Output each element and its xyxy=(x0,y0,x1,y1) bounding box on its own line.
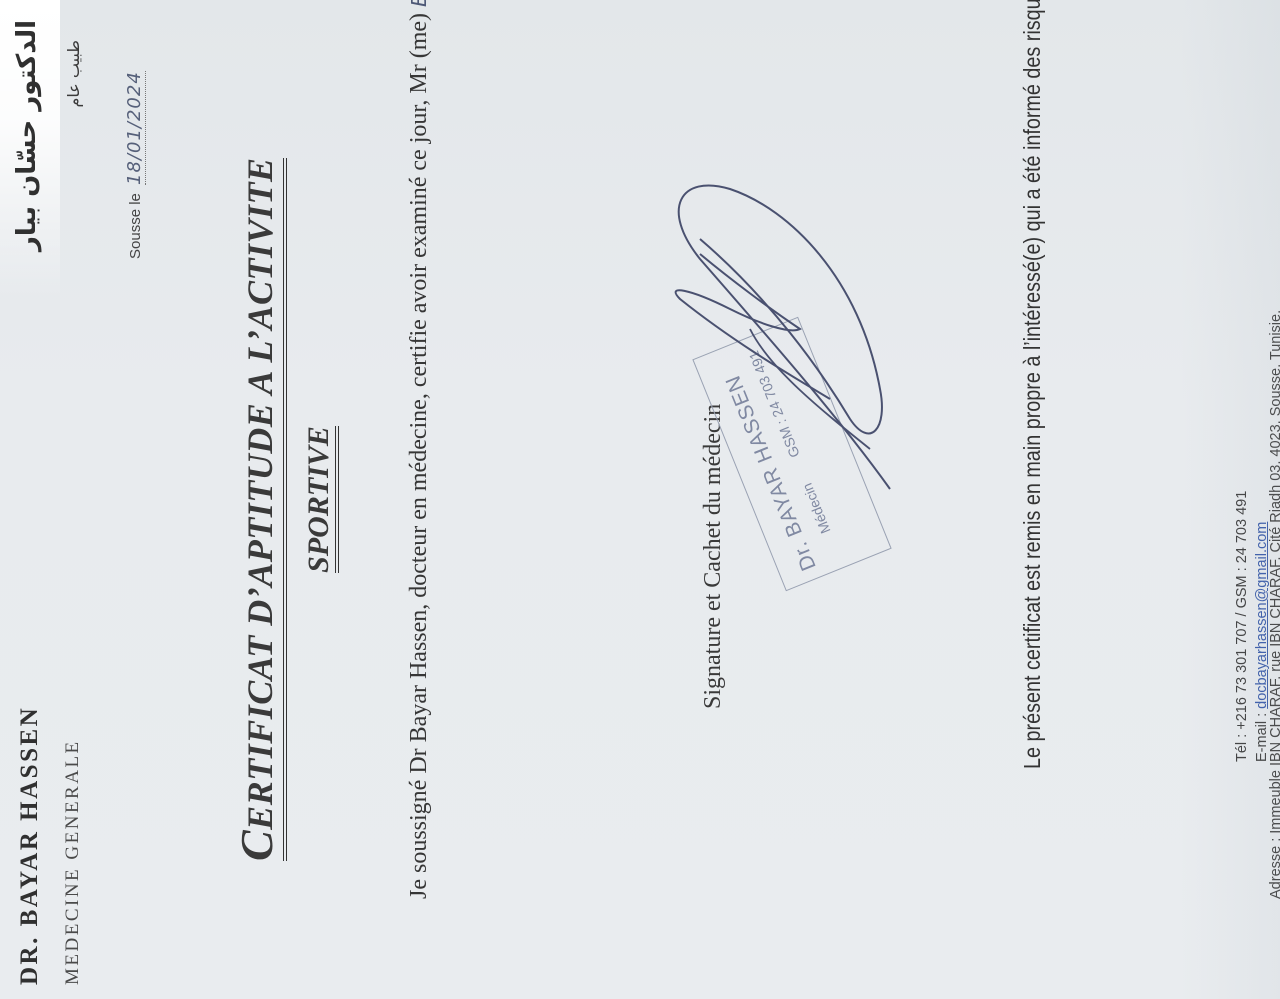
handwritten-signature xyxy=(640,169,900,509)
title-initial: C xyxy=(231,830,282,861)
date-label: Sousse le xyxy=(127,193,144,259)
contact-info: Tél : +216 73 301 707 / GSM : 24 703 491… xyxy=(1232,491,1272,762)
issue-date: Sousse le 18/01/2024 xyxy=(124,71,145,259)
body-text-1: Je soussigné Dr Bayar Hassen, docteur en… xyxy=(406,13,432,899)
phone-numbers: Tél : +216 73 301 707 / GSM : 24 703 491 xyxy=(1232,491,1252,762)
certificate-page: DR. BAYAR HASSEN MEDECINE GENERALE الدكت… xyxy=(0,0,1280,999)
certificate-subtitle: SPORTIVE xyxy=(302,0,336,999)
certificate-title: CERTIFICAT D’APTITUDE A L’ACTIVITE xyxy=(234,158,287,861)
address: Adresse : Immeuble IBN CHARAF, rue IBN C… xyxy=(1268,310,1280,899)
doctor-specialty: MEDECINE GENERALE xyxy=(62,739,84,985)
legal-notice: Le présent certificat est remis en main … xyxy=(1012,98,1052,769)
title-text: ERTIFICAT D’APTITUDE A L’ACTIVITE xyxy=(240,158,280,830)
subtitle-text: SPORTIVE xyxy=(302,426,339,573)
doctor-name: DR. BAYAR HASSEN xyxy=(16,706,44,985)
certificate-body: Je soussigné Dr Bayar Hassen, docteur en… xyxy=(400,139,439,899)
patient-name-handwritten: Bayan…. Radwan xyxy=(407,0,431,7)
doctor-name-arabic: الدكتور حسّان بيار xyxy=(12,20,42,251)
date-handwritten: 18/01/2024 xyxy=(124,71,146,185)
doctor-specialty-arabic: طبيب عام xyxy=(64,40,83,108)
